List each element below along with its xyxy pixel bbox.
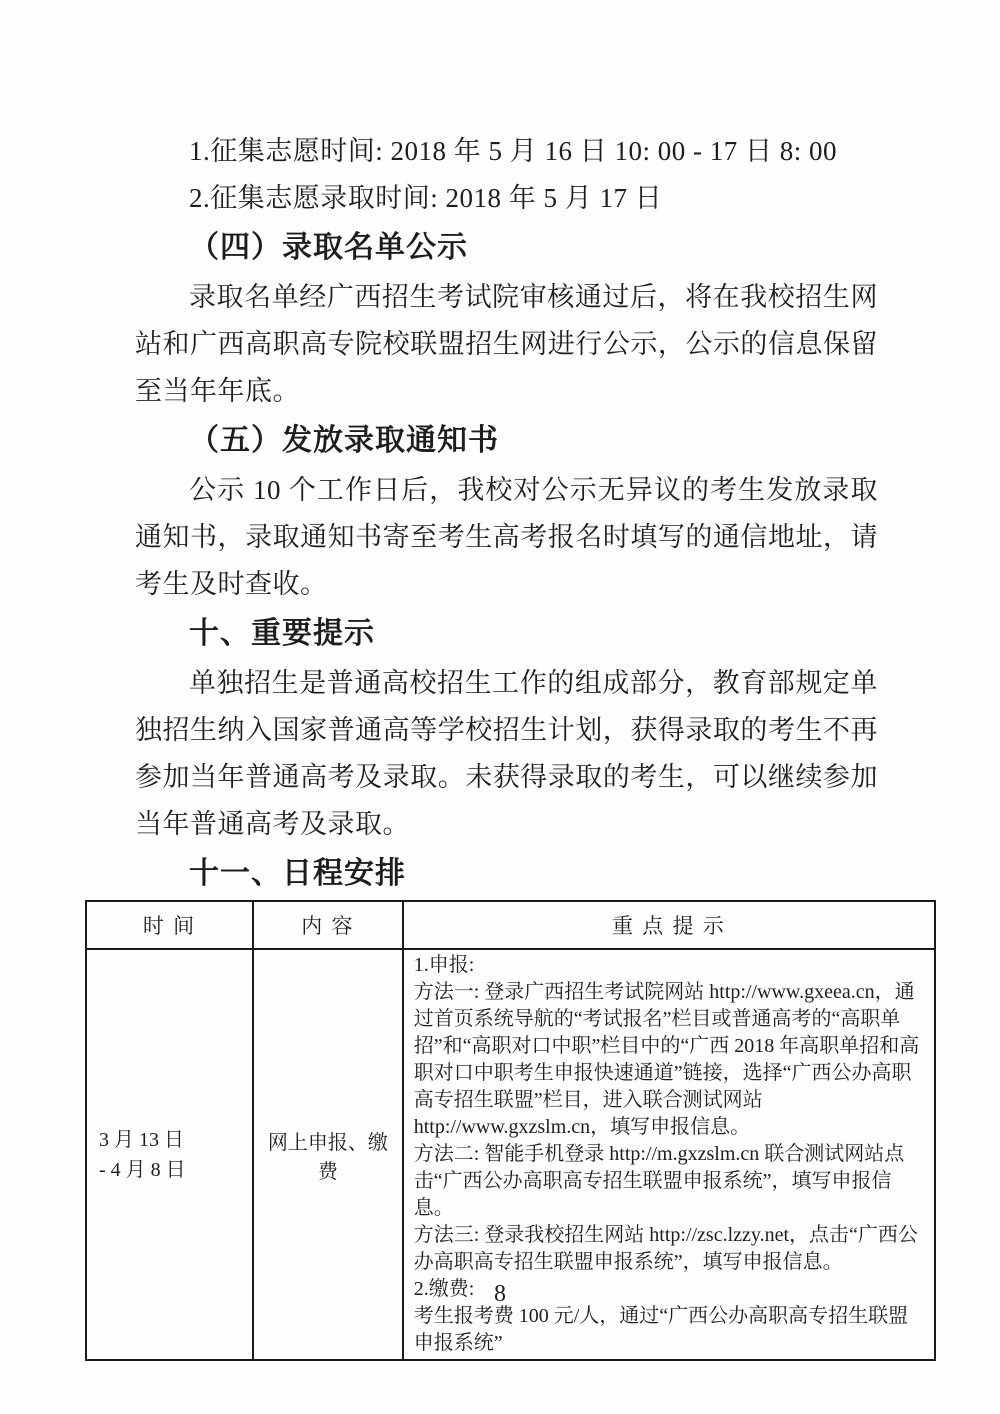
section-heading-4: （四）录取名单公示: [135, 222, 878, 274]
table-header-notes: 重 点 提 示: [403, 901, 935, 949]
section-heading-5: （五）发放录取通知书: [135, 415, 878, 467]
section-10-paragraph: 单独招生是普通高校招生工作的组成部分，教育部规定单独招生纳入国家普通高等学校招生…: [135, 660, 878, 848]
table-header-time: 时 间: [86, 901, 253, 949]
table-header-row: 时 间 内 容 重 点 提 示: [86, 901, 935, 949]
page-number: 8: [0, 1281, 1000, 1308]
section-heading-10: 十、重要提示: [135, 608, 878, 660]
section-5-paragraph: 公示 10 个工作日后，我校对公示无异议的考生发放录取通知书，录取通知书寄至考生…: [135, 467, 878, 608]
table-header-content: 内 容: [253, 901, 403, 949]
document-body: 1.征集志愿时间: 2018 年 5 月 16 日 10: 00 - 17 日 …: [135, 128, 878, 1361]
volunteer-time-item: 1.征集志愿时间: 2018 年 5 月 16 日 10: 00 - 17 日 …: [135, 128, 878, 175]
section-heading-11: 十一、日程安排: [135, 848, 878, 900]
volunteer-admission-time-item: 2.征集志愿录取时间: 2018 年 5 月 17 日: [135, 175, 878, 222]
document-page: 1.征集志愿时间: 2018 年 5 月 16 日 10: 00 - 17 日 …: [0, 0, 1000, 1414]
section-4-paragraph: 录取名单经广西招生考试院审核通过后，将在我校招生网站和广西高职高专院校联盟招生网…: [135, 274, 878, 415]
